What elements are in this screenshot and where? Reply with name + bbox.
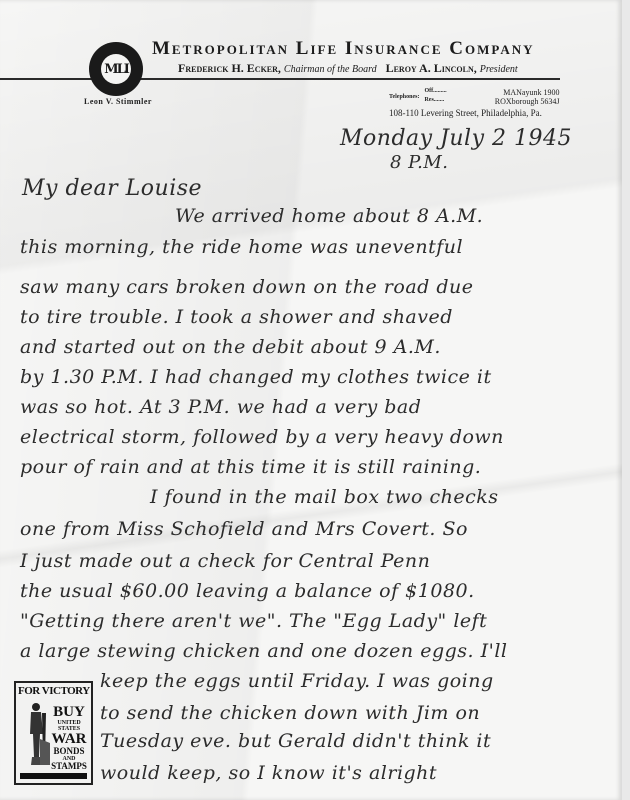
letter-line: saw many cars broken down on the road du…	[20, 276, 474, 298]
president-name: Leroy A. Lincoln	[386, 61, 474, 75]
letter-line: Tuesday eve. but Gerald didn't think it	[100, 730, 491, 752]
letter-line: "Getting there aren't we". The "Egg Lady…	[20, 610, 487, 632]
chairman-name: Frederick H. Ecker	[178, 61, 278, 75]
office-address: 108-110 Levering Street, Philadelphia, P…	[389, 108, 542, 118]
letter-line: one from Miss Schofield and Mrs Covert. …	[20, 518, 468, 540]
letter-date: Monday July 2 1945	[340, 126, 572, 151]
telephones-label: Telephones:	[389, 94, 419, 100]
letter-line: to send the chicken down with Jim on	[100, 702, 480, 724]
letter-line: We arrived home about 8 A.M.	[175, 205, 483, 227]
letter-line: would keep, so I know it's alright	[100, 762, 437, 784]
telephones-block: Telephones: Off......... MANayunk 1900 R…	[389, 88, 559, 106]
letter-line: this morning, the ride home was uneventf…	[20, 236, 463, 258]
letter-line: the usual $60.00 leaving a balance of $1…	[20, 580, 475, 602]
chairman-title: Chairman of the Board	[284, 64, 377, 75]
stamp-headline: FOR VICTORY	[18, 685, 89, 697]
phone-residence-label: Res.......	[424, 97, 444, 106]
logo-monogram: MLI	[101, 54, 131, 84]
letter-line: by 1.30 P.M. I had changed my clothes tw…	[20, 366, 492, 388]
stamp-buy: BUY	[50, 705, 88, 720]
letterhead-rule	[0, 78, 560, 80]
president-title: President	[480, 64, 518, 75]
letter-line: and started out on the debit about 9 A.M…	[20, 336, 441, 358]
letter-line: I just made out a check for Central Penn	[20, 550, 430, 572]
letter-line: pour of rain and at this time it is stil…	[20, 456, 481, 478]
letter-line: was so hot. At 3 P.M. we had a very bad	[20, 396, 421, 418]
salutation: My dear Louise	[22, 176, 202, 201]
agent-name: Leon V. Stimmler	[84, 97, 152, 106]
officers-line: Frederick H. Ecker, Chairman of the Boar…	[178, 61, 518, 76]
stamp-base-bar	[20, 773, 87, 779]
letter-time: 8 P.M.	[390, 152, 449, 173]
stamp-stamps: STAMPS	[50, 762, 88, 771]
war-bonds-stamp: FOR VICTORY BUY UNITED STATES WAR BONDS …	[14, 681, 93, 785]
stamp-text: BUY UNITED STATES WAR BONDS AND STAMPS	[50, 705, 88, 771]
phone-office-row: Off......... MANayunk 1900	[424, 88, 559, 97]
minuteman-statue-icon	[22, 699, 52, 769]
company-name: Metropolitan Life Insurance Company	[152, 38, 535, 60]
letter-line: to tire trouble. I took a shower and sha…	[20, 306, 453, 328]
phone-residence-row: Res....... ROXborough 5634J	[424, 97, 559, 106]
phone-office-number: MANayunk 1900	[503, 88, 559, 97]
letter-line: I found in the mail box two checks	[150, 486, 499, 508]
stamp-bonds: BONDS	[50, 747, 88, 756]
metlife-logo-icon: MLI	[89, 42, 143, 96]
stamp-war: WAR	[50, 732, 88, 747]
phone-residence-number: ROXborough 5634J	[495, 97, 560, 106]
letter-line: electrical storm, followed by a very hea…	[20, 426, 504, 448]
letter-line: keep the eggs until Friday. I was going	[100, 670, 494, 692]
letter-line: a large stewing chicken and one dozen eg…	[20, 640, 507, 662]
letter-page: MLI Metropolitan Life Insurance Company …	[0, 0, 622, 800]
phone-office-label: Off.........	[424, 88, 446, 97]
